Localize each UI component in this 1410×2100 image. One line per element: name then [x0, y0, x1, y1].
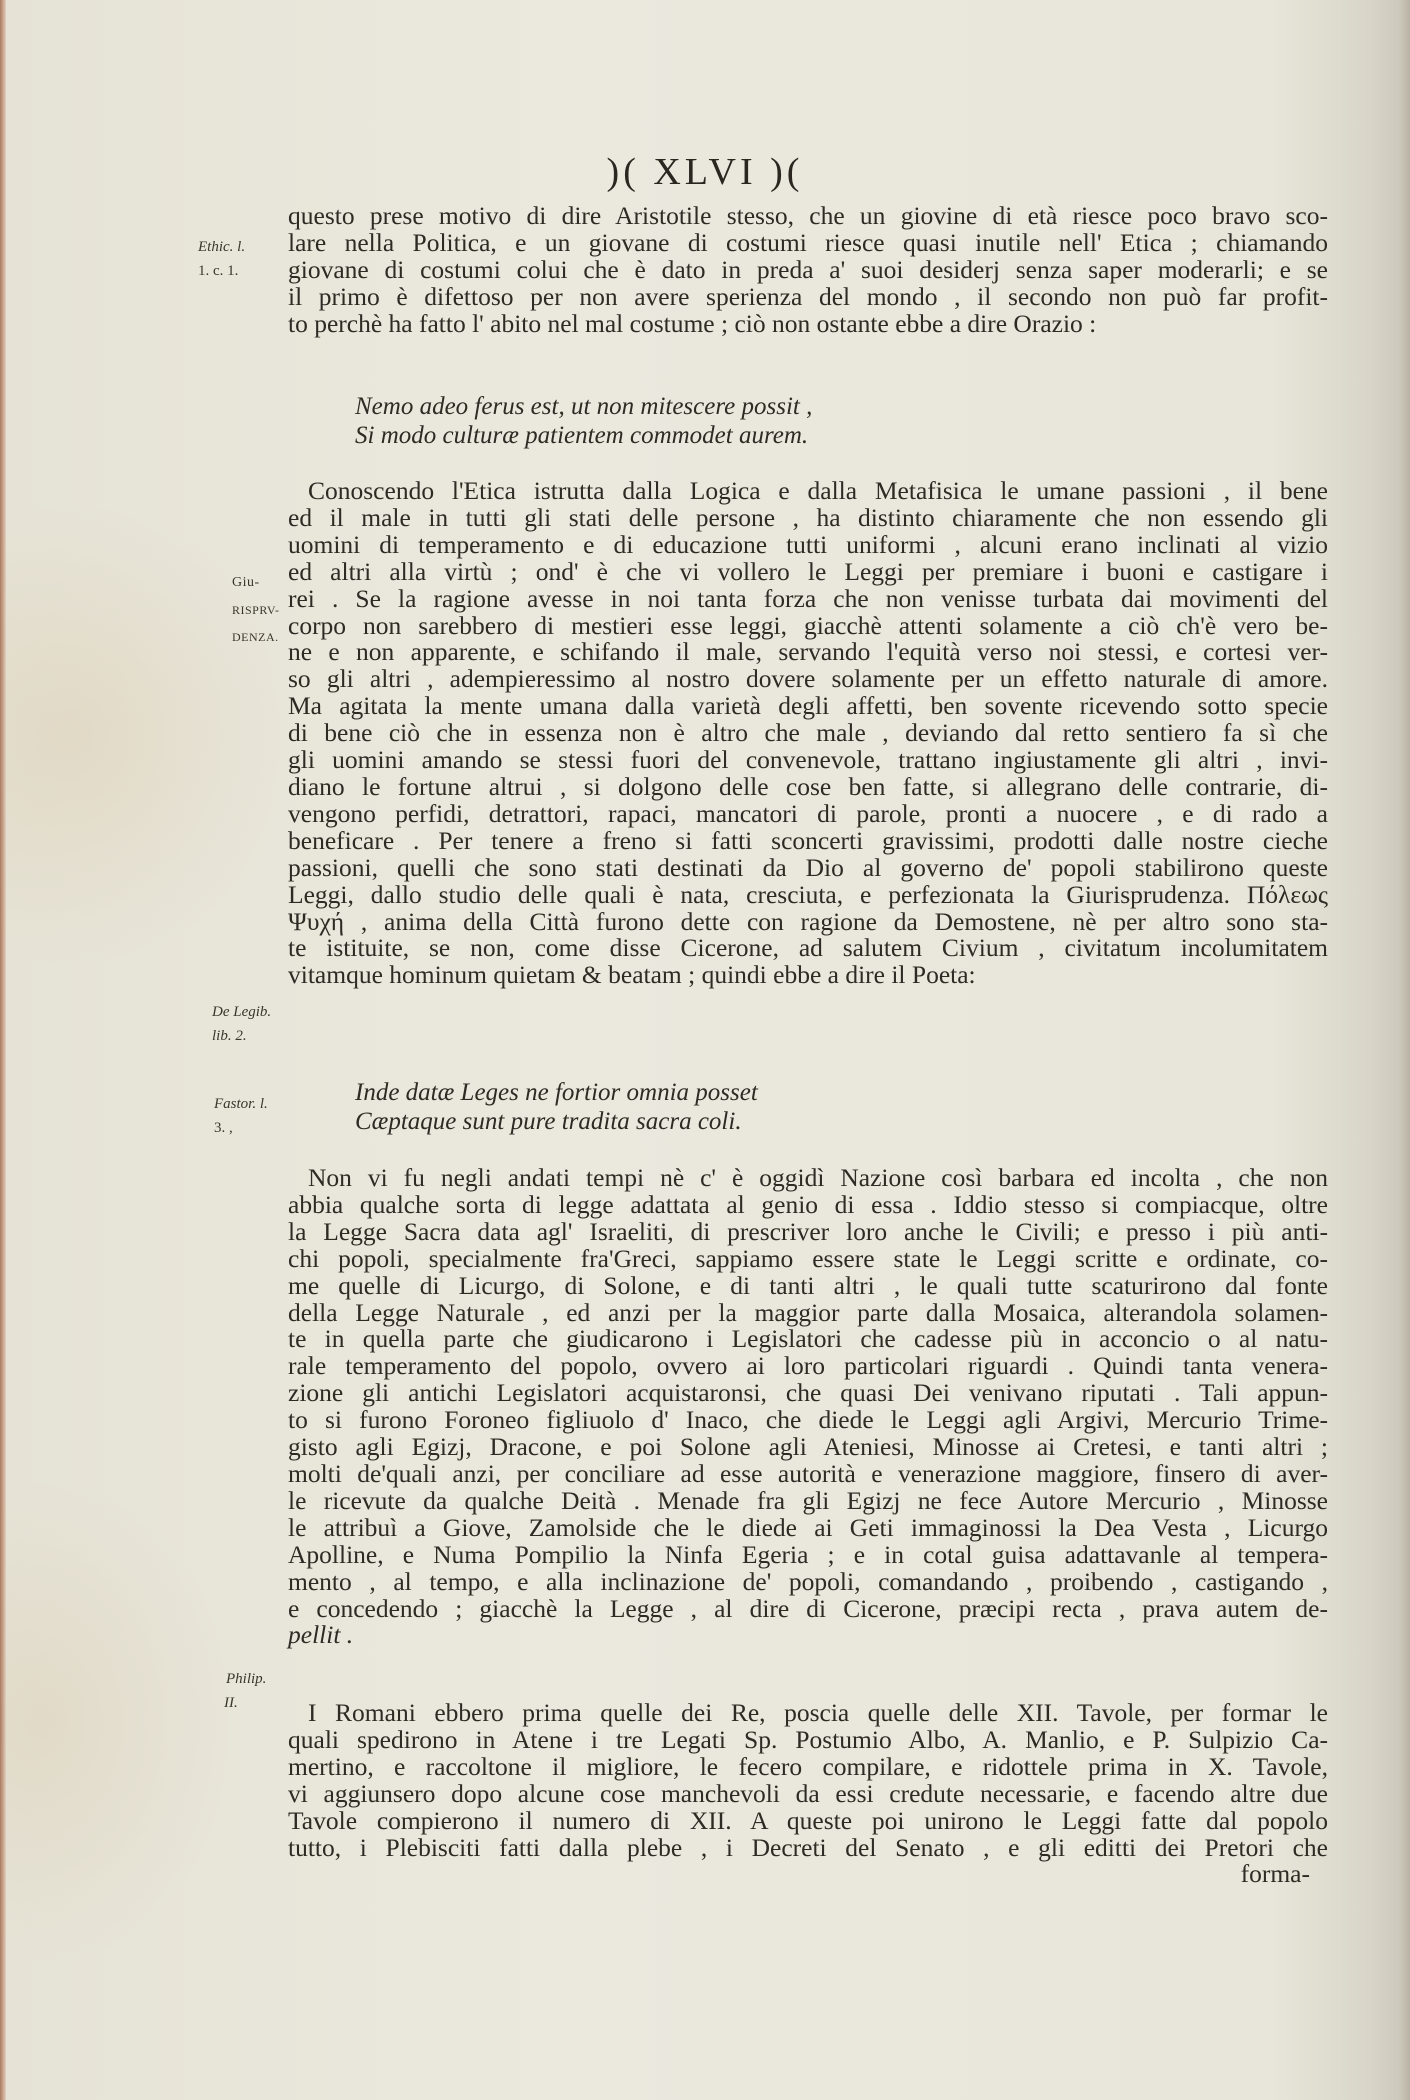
- margin-note-line: 1. c. 1.: [198, 259, 288, 283]
- text-line: I Romani ebbero prima quelle dei Re, pos…: [288, 1700, 1328, 1727]
- margin-note-line: Philip.: [226, 1667, 316, 1691]
- paragraph-3: Non vi fu negli andati tempi nè c' è ogg…: [288, 1165, 1328, 1649]
- text-line: vengono perfidi, detrattori, rapaci, man…: [288, 801, 1328, 828]
- verse-line: Cæptaque sunt pure tradita sacra coli.: [355, 1107, 758, 1136]
- text-line: beneficare . Per tenere a freno si fatti…: [288, 828, 1328, 855]
- text-line: Tavole compierono il numero di XII. A qu…: [288, 1808, 1328, 1835]
- paragraph-1: questo prese motivo di dire Aristotile s…: [288, 203, 1328, 338]
- text-line: passioni, quelli che sono stati destinat…: [288, 855, 1328, 882]
- text-line: della Legge Naturale , ed anzi per la ma…: [288, 1300, 1328, 1327]
- text-line: to si furono Foroneo figliuolo d' Inaco,…: [288, 1407, 1328, 1434]
- text-line: e concedendo ; giacchè la Legge , al dir…: [288, 1596, 1328, 1623]
- text-line: abbia qualche sorta di legge adattata al…: [288, 1192, 1328, 1219]
- paragraph-2: Conoscendo l'Etica istrutta dalla Logica…: [288, 478, 1328, 989]
- text-line: Apolline, e Numa Pompilio la Ninfa Egeri…: [288, 1542, 1328, 1569]
- text-line: Non vi fu negli andati tempi nè c' è ogg…: [288, 1165, 1328, 1192]
- text-line: chi popoli, specialmente fra'Greci, sapp…: [288, 1246, 1328, 1273]
- text-line: vi aggiunsero dopo alcune cose manchevol…: [288, 1781, 1328, 1808]
- margin-note-ethic: Ethic. l. 1. c. 1.: [198, 235, 288, 283]
- page-right-edge: [1398, 0, 1410, 2100]
- text-line: me quelle di Licurgo, di Solone, e di ta…: [288, 1273, 1328, 1300]
- text-line: te in quella parte che giudicarono i Leg…: [288, 1326, 1328, 1353]
- margin-note-line: 3. ,: [214, 1116, 304, 1140]
- text-line: molti de'quali anzi, per conciliare ad e…: [288, 1461, 1328, 1488]
- text-line: ne e non apparente, e schifando il male,…: [288, 639, 1328, 666]
- margin-note-line: De Legib.: [212, 1000, 302, 1024]
- margin-note-de-legib: De Legib. lib. 2.: [212, 1000, 302, 1048]
- page-number: )( XLVI )(: [0, 150, 1410, 194]
- verse-quote-horace: Nemo adeo ferus est, ut non mitescere po…: [355, 392, 812, 450]
- text-line: vitamque hominum quietam & beatam ; quin…: [288, 962, 1328, 989]
- margin-note-fastor: Fastor. l. 3. ,: [214, 1092, 304, 1140]
- text-line: corpo non sarebbero di mestieri esse leg…: [288, 613, 1328, 640]
- verse-line: Inde datæ Leges ne fortior omnia posset: [355, 1078, 758, 1107]
- text-line: le attribuì a Giove, Zamolside che le di…: [288, 1515, 1328, 1542]
- text-line: zione gli antichi Legislatori acquistaro…: [288, 1380, 1328, 1407]
- text-line: la Legge Sacra data agl' Israeliti, di p…: [288, 1219, 1328, 1246]
- text-line: to perchè ha fatto l' abito nel mal cost…: [288, 311, 1328, 338]
- text-line: lare nella Politica, e un giovane di cos…: [288, 230, 1328, 257]
- paragraph-4: I Romani ebbero prima quelle dei Re, pos…: [288, 1700, 1328, 1888]
- text-line: gli uomini amando se stessi fuori del co…: [288, 747, 1328, 774]
- text-line: di bene ciò che in essenza non è altro c…: [288, 720, 1328, 747]
- text-line: Ma agitata la mente umana dalla varietà …: [288, 693, 1328, 720]
- text-line: il primo è difettoso per non avere speri…: [288, 284, 1328, 311]
- text-line: tutto, i Plebisciti fatti dalla plebe , …: [288, 1835, 1328, 1862]
- text-line: le ricevute da qualche Deità . Menade fr…: [288, 1488, 1328, 1515]
- text-line: te istituite, se non, come disse Ciceron…: [288, 935, 1328, 962]
- margin-note-line: Fastor. l.: [214, 1092, 304, 1116]
- text-line: uomini di temperamento e di educazione t…: [288, 532, 1328, 559]
- text-line: diano le fortune altrui , si dolgono del…: [288, 774, 1328, 801]
- text-line: questo prese motivo di dire Aristotile s…: [288, 203, 1328, 230]
- text-line: Conoscendo l'Etica istrutta dalla Logica…: [288, 478, 1328, 505]
- text-line: Ψυχή , anima della Città furono dette co…: [288, 909, 1328, 936]
- text-line: mento , al tempo, e alla inclinazione de…: [288, 1569, 1328, 1596]
- text-line: giovane di costumi colui che è dato in p…: [288, 257, 1328, 284]
- book-page: )( XLVI )( Ethic. l. 1. c. 1. Giu- rispr…: [0, 0, 1410, 2100]
- text-line: Leggi, dallo studio delle quali è nata, …: [288, 882, 1328, 909]
- text-line: pellit .: [288, 1622, 1328, 1649]
- margin-note-line: Ethic. l.: [198, 235, 288, 259]
- margin-note-line: lib. 2.: [212, 1024, 302, 1048]
- text-line: rei . Se la ragione avesse in noi tanta …: [288, 586, 1328, 613]
- verse-quote-poet: Inde datæ Leges ne fortior omnia posset …: [355, 1078, 758, 1136]
- text-line: ed il male in tutti gli stati delle pers…: [288, 505, 1328, 532]
- text-line: so gli altri , adempieressimo al nostro …: [288, 666, 1328, 693]
- text-line: mertino, e raccoltone il migliore, le fe…: [288, 1754, 1328, 1781]
- page-left-edge: [0, 0, 6, 2100]
- catchword: forma-: [288, 1861, 1328, 1888]
- verse-line: Si modo culturæ patientem commodet aurem…: [355, 421, 812, 450]
- text-line: gisto agli Egizj, Dracone, e poi Solone …: [288, 1434, 1328, 1461]
- text-line: ed altri alla virtù ; ond' è che vi voll…: [288, 559, 1328, 586]
- verse-line: Nemo adeo ferus est, ut non mitescere po…: [355, 392, 812, 421]
- text-line: rale temperamento del popolo, ovvero ai …: [288, 1353, 1328, 1380]
- text-line: quali spedirono in Atene i tre Legati Sp…: [288, 1727, 1328, 1754]
